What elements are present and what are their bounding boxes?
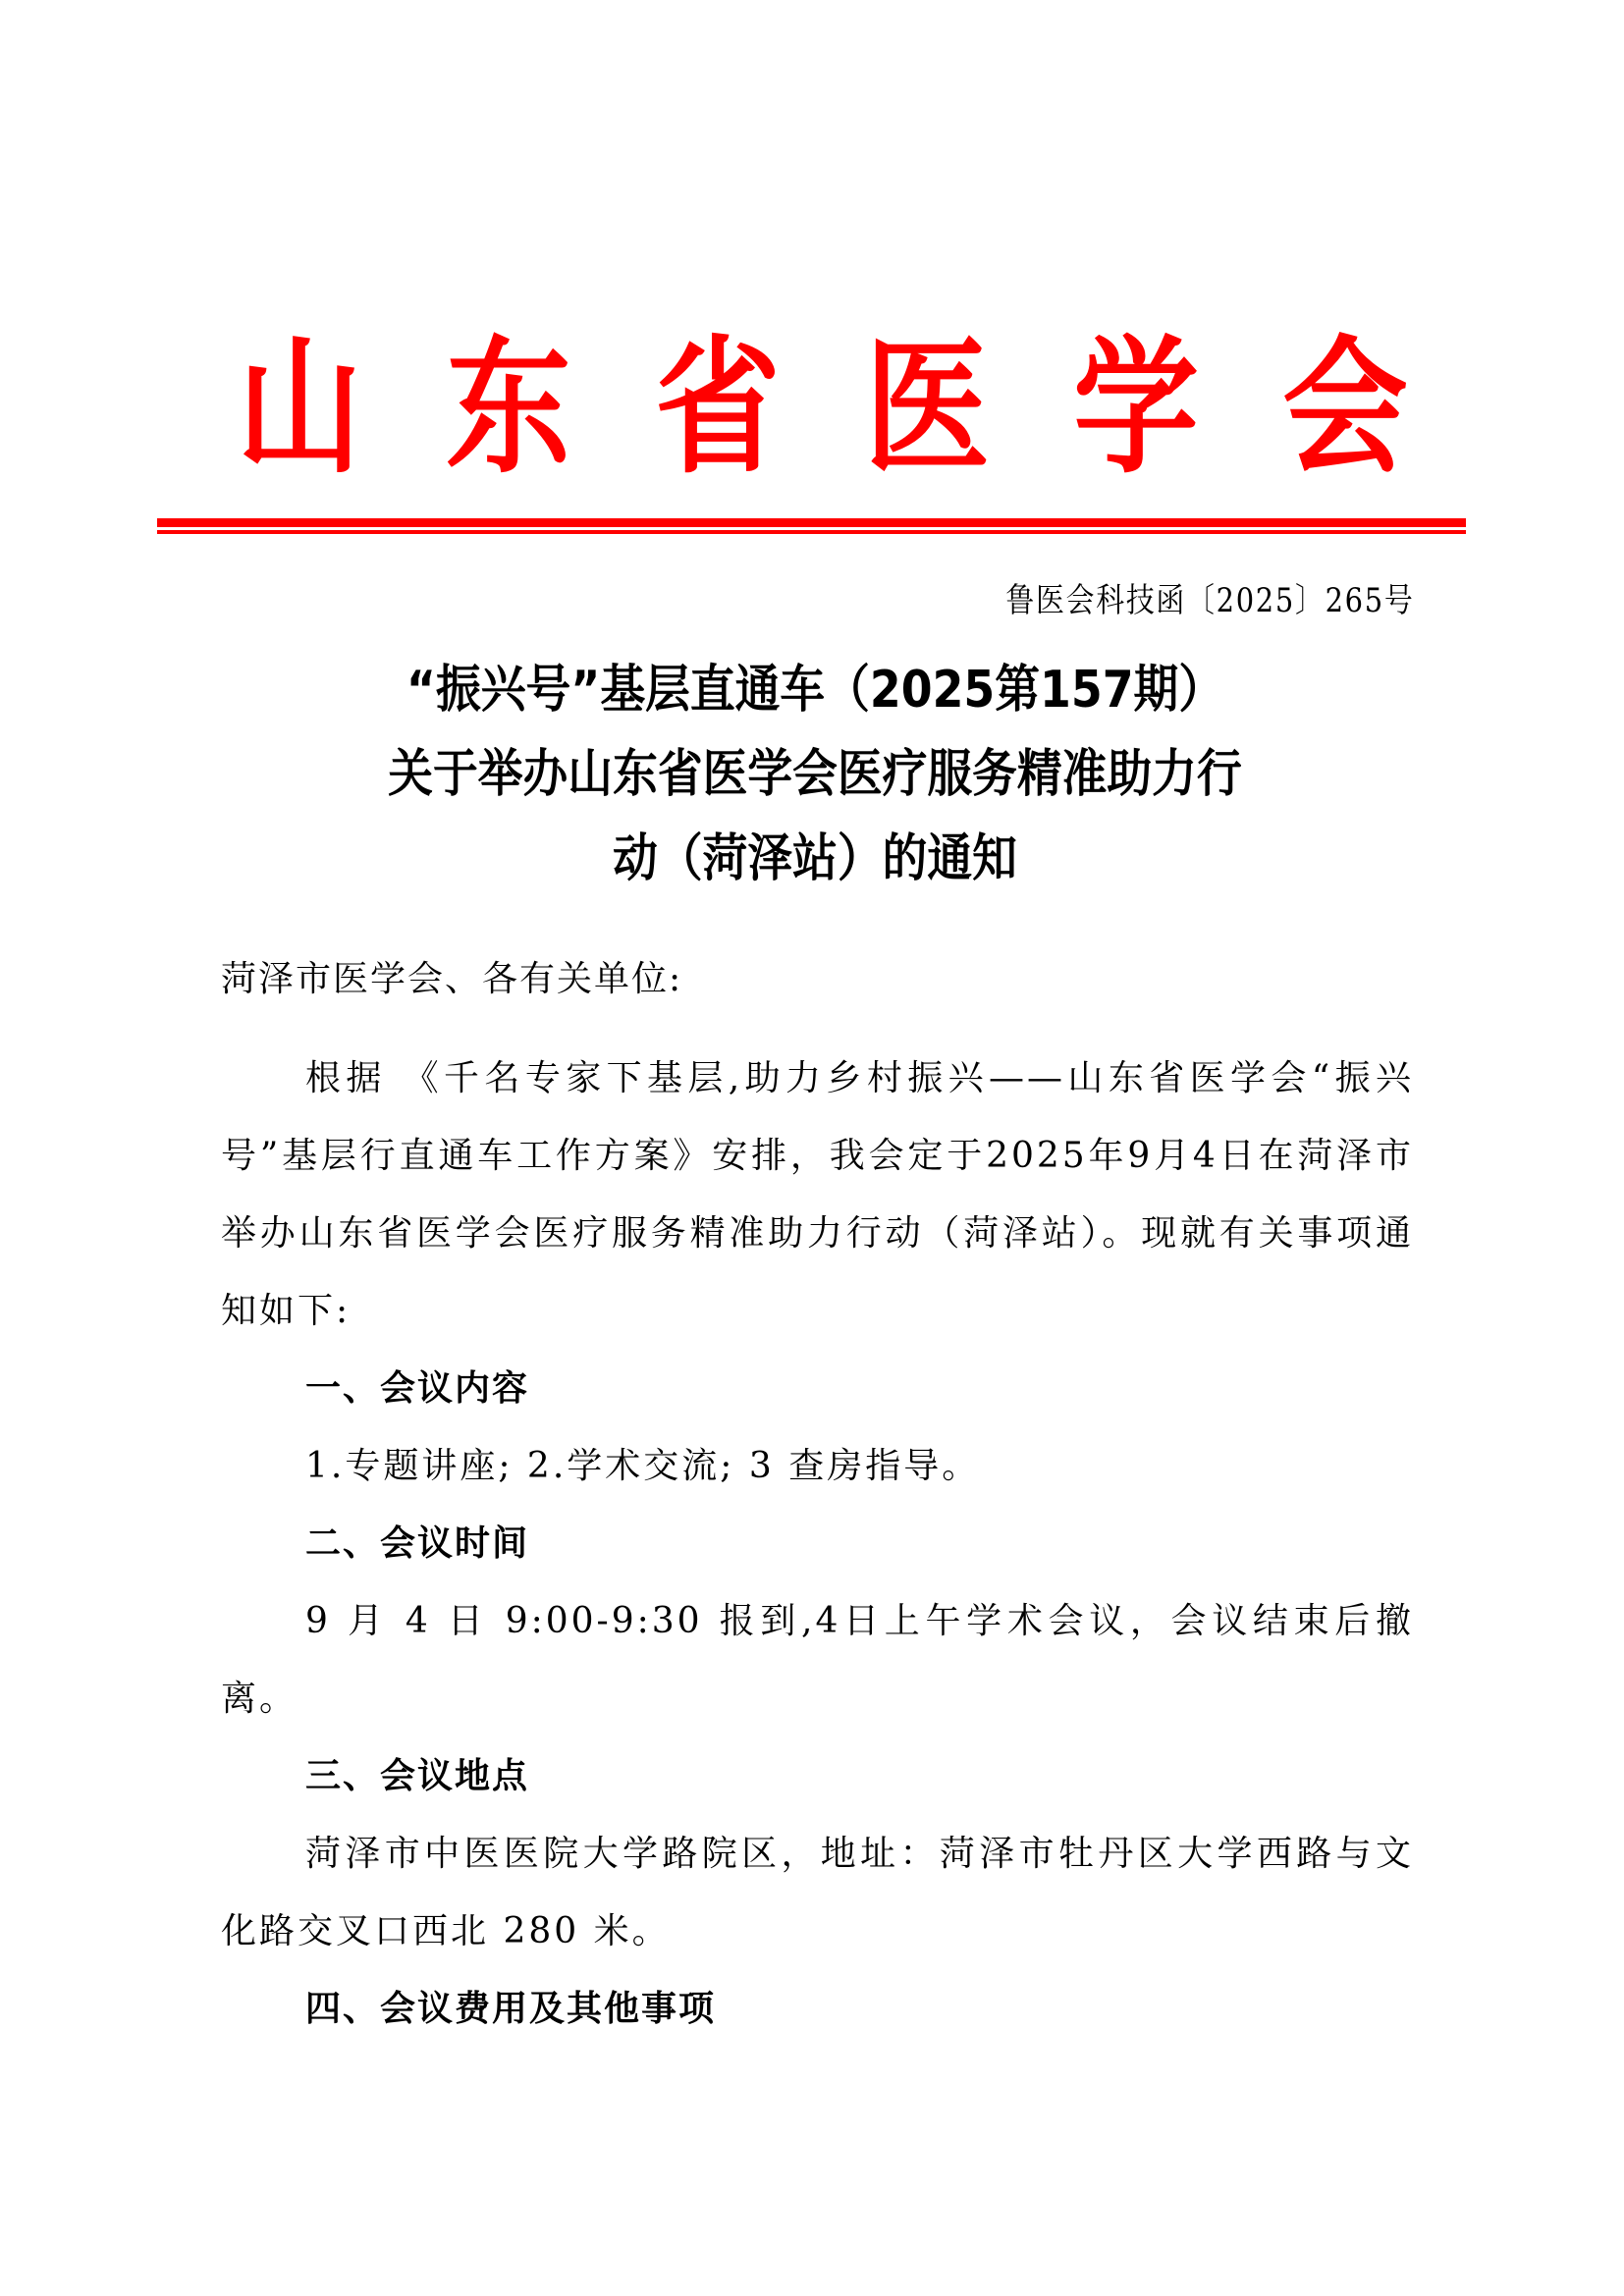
section-body-time: 9 月 4 日 9:00-9:30 报到,4日上午学术会议，会议结束后撤离。 [221, 1582, 1414, 1737]
masthead-char: 会 [1282, 334, 1408, 481]
masthead-rule-thick [157, 518, 1466, 527]
masthead-char: 东 [446, 334, 571, 481]
document-number: 鲁医会科技函〔2025〕265号 [1005, 573, 1414, 628]
headline-line-3: 动（菏泽站）的通知 [271, 817, 1360, 901]
section-heading-content: 一、会议内容 [221, 1350, 1414, 1427]
document-body: 菏泽市医学会、各有关单位: 根据 《千名专家下基层,助力乡村振兴——山东省医学会… [221, 940, 1414, 2048]
section-body-location: 菏泽市中医医院大学路院区，地址：菏泽市牡丹区大学西路与文化路交叉口西北 280 … [221, 1815, 1414, 1970]
masthead-title: 山 东 省 医 学 会 [167, 324, 1473, 491]
masthead-char: 学 [1073, 334, 1199, 481]
section-heading-fees: 四、会议费用及其他事项 [221, 1970, 1414, 2048]
section-heading-time: 二、会议时间 [221, 1505, 1414, 1582]
section-heading-location: 三、会议地点 [221, 1737, 1414, 1815]
document-page: 山 东 省 医 学 会 鲁医会科技函〔2025〕265号 “振兴号”基层直通车（… [0, 0, 1624, 2296]
masthead-char: 山 [237, 334, 362, 481]
masthead-char: 医 [864, 334, 990, 481]
masthead-char: 省 [655, 334, 781, 481]
intro-paragraph: 根据 《千名专家下基层,助力乡村振兴——山东省医学会“振兴号”基层行直通车工作方… [221, 1040, 1414, 1350]
document-headline: “振兴号”基层直通车（2025第157期） 关于举办山东省医学会医疗服务精准助力… [196, 648, 1434, 901]
salutation: 菏泽市医学会、各有关单位: [221, 940, 1414, 1018]
headline-line-2: 关于举办山东省医学会医疗服务精准助力行 [271, 732, 1360, 817]
masthead-rule-thin [157, 530, 1466, 534]
headline-line-1: “振兴号”基层直通车（2025第157期） [271, 648, 1360, 732]
section-body-content: 1.专题讲座; 2.学术交流; 3 查房指导。 [221, 1427, 1414, 1505]
